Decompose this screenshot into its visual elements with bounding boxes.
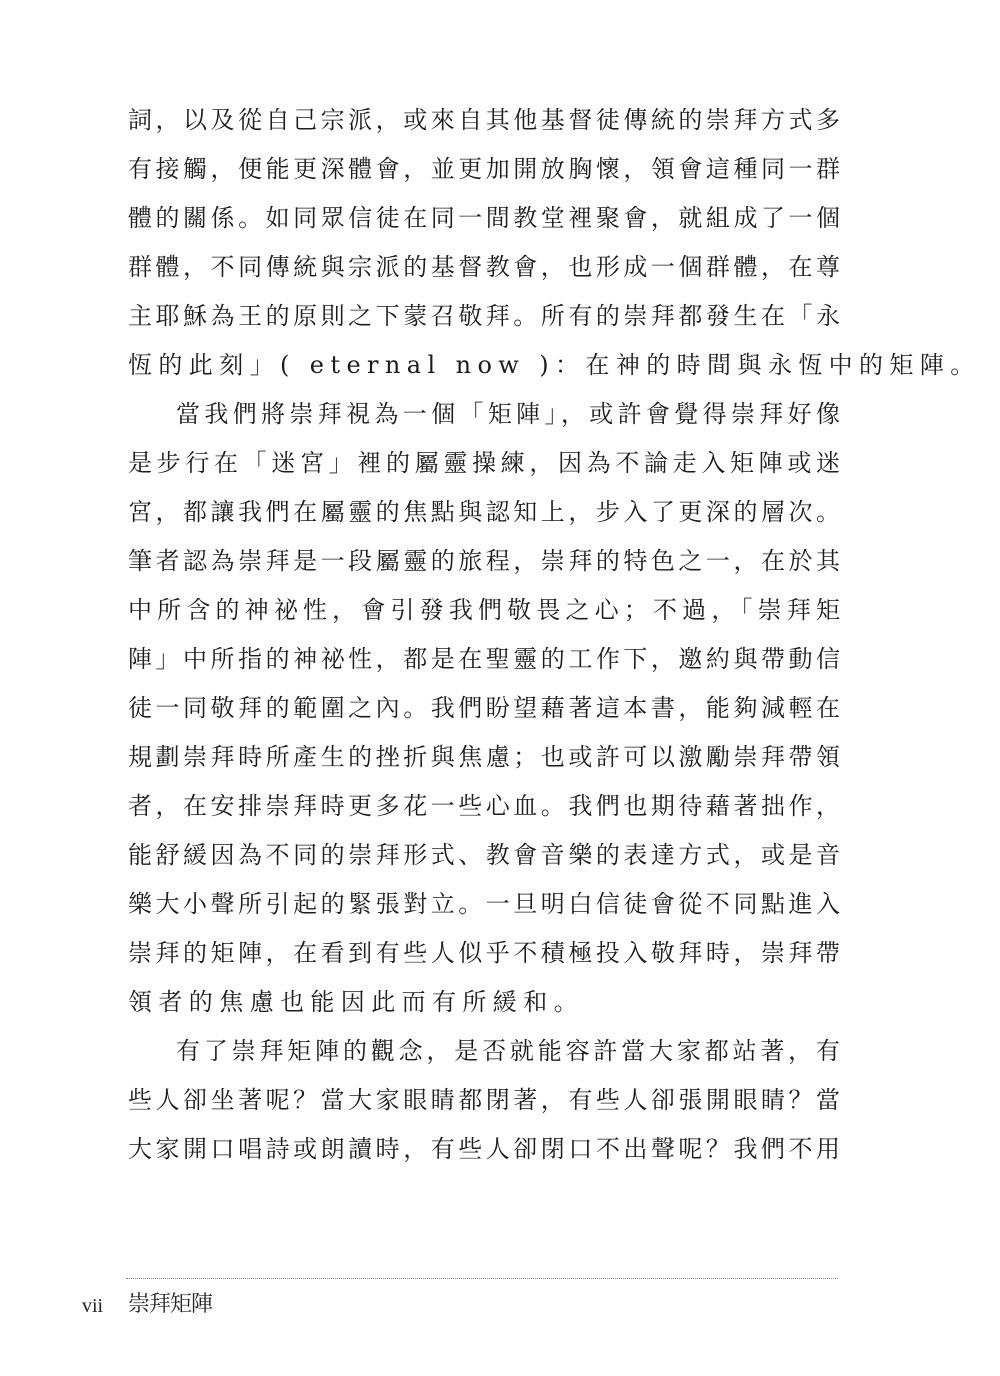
text-line: 群體，不同傳統與宗派的基督教會，也形成一個群體，在尊	[128, 243, 840, 292]
body-text: 詞，以及從自己宗派，或來自其他基督徒傳統的崇拜方式多 有接觸，便能更深體會，並更…	[128, 96, 840, 1174]
page-number: vii	[82, 1293, 103, 1319]
text-line: 中所含的神祕性，會引發我們敬畏之心；不過，「崇拜矩	[128, 586, 840, 635]
text-line: 體的關係。如同眾信徒在同一間教堂裡聚會，就組成了一個	[128, 194, 840, 243]
text-line: 筆者認為崇拜是一段屬靈的旅程，崇拜的特色之一，在於其	[128, 537, 840, 586]
text-line-paragraph-end: 恆的此刻」( eternal now )：在神的時間與永恆中的矩陣。	[128, 341, 840, 390]
text-line: 能舒緩因為不同的崇拜形式、教會音樂的表達方式，或是音	[128, 831, 840, 880]
text-line: 徒一同敬拜的範圍之內。我們盼望藉著這本書，能夠減輕在	[128, 684, 840, 733]
text-line: 規劃崇拜時所產生的挫折與焦慮；也或許可以激勵崇拜帶領	[128, 733, 840, 782]
text-line-paragraph-start: 當我們將崇拜視為一個「矩陣」，或許會覺得崇拜好像	[128, 390, 840, 439]
text-line: 大家開口唱詩或朗讀時，有些人卻閉口不出聲呢？我們不用	[128, 1125, 840, 1174]
text-line: 崇拜的矩陣，在看到有些人似乎不積極投入敬拜時，崇拜帶	[128, 929, 840, 978]
text-line: 些人卻坐著呢？當大家眼睛都閉著，有些人卻張開眼睛？當	[128, 1076, 840, 1125]
text-line: 主耶穌為王的原則之下蒙召敬拜。所有的崇拜都發生在「永	[128, 292, 840, 341]
text-line: 是步行在「迷宮」裡的屬靈操練，因為不論走入矩陣或迷	[128, 439, 840, 488]
text-line: 陣」中所指的神祕性，都是在聖靈的工作下，邀約與帶動信	[128, 635, 840, 684]
text-line: 宮，都讓我們在屬靈的焦點與認知上，步入了更深的層次。	[128, 488, 840, 537]
text-line-paragraph-end: 領者的焦慮也能因此而有所緩和。	[128, 978, 840, 1027]
text-line: 有接觸，便能更深體會，並更加開放胸懷，領會這種同一群	[128, 145, 840, 194]
text-line: 詞，以及從自己宗派，或來自其他基督徒傳統的崇拜方式多	[128, 96, 840, 145]
text-line: 者，在安排崇拜時更多花一些心血。我們也期待藉著拙作，	[128, 782, 840, 831]
running-head-title: 崇拜矩陣	[128, 1290, 212, 1320]
text-line-paragraph-start: 有了崇拜矩陣的觀念，是否就能容許當大家都站著，有	[128, 1027, 840, 1076]
book-page: 詞，以及從自己宗派，或來自其他基督徒傳統的崇拜方式多 有接觸，便能更深體會，並更…	[0, 0, 1000, 1376]
footer-divider	[126, 1278, 838, 1279]
text-line: 樂大小聲所引起的緊張對立。一旦明白信徒會從不同點進入	[128, 880, 840, 929]
